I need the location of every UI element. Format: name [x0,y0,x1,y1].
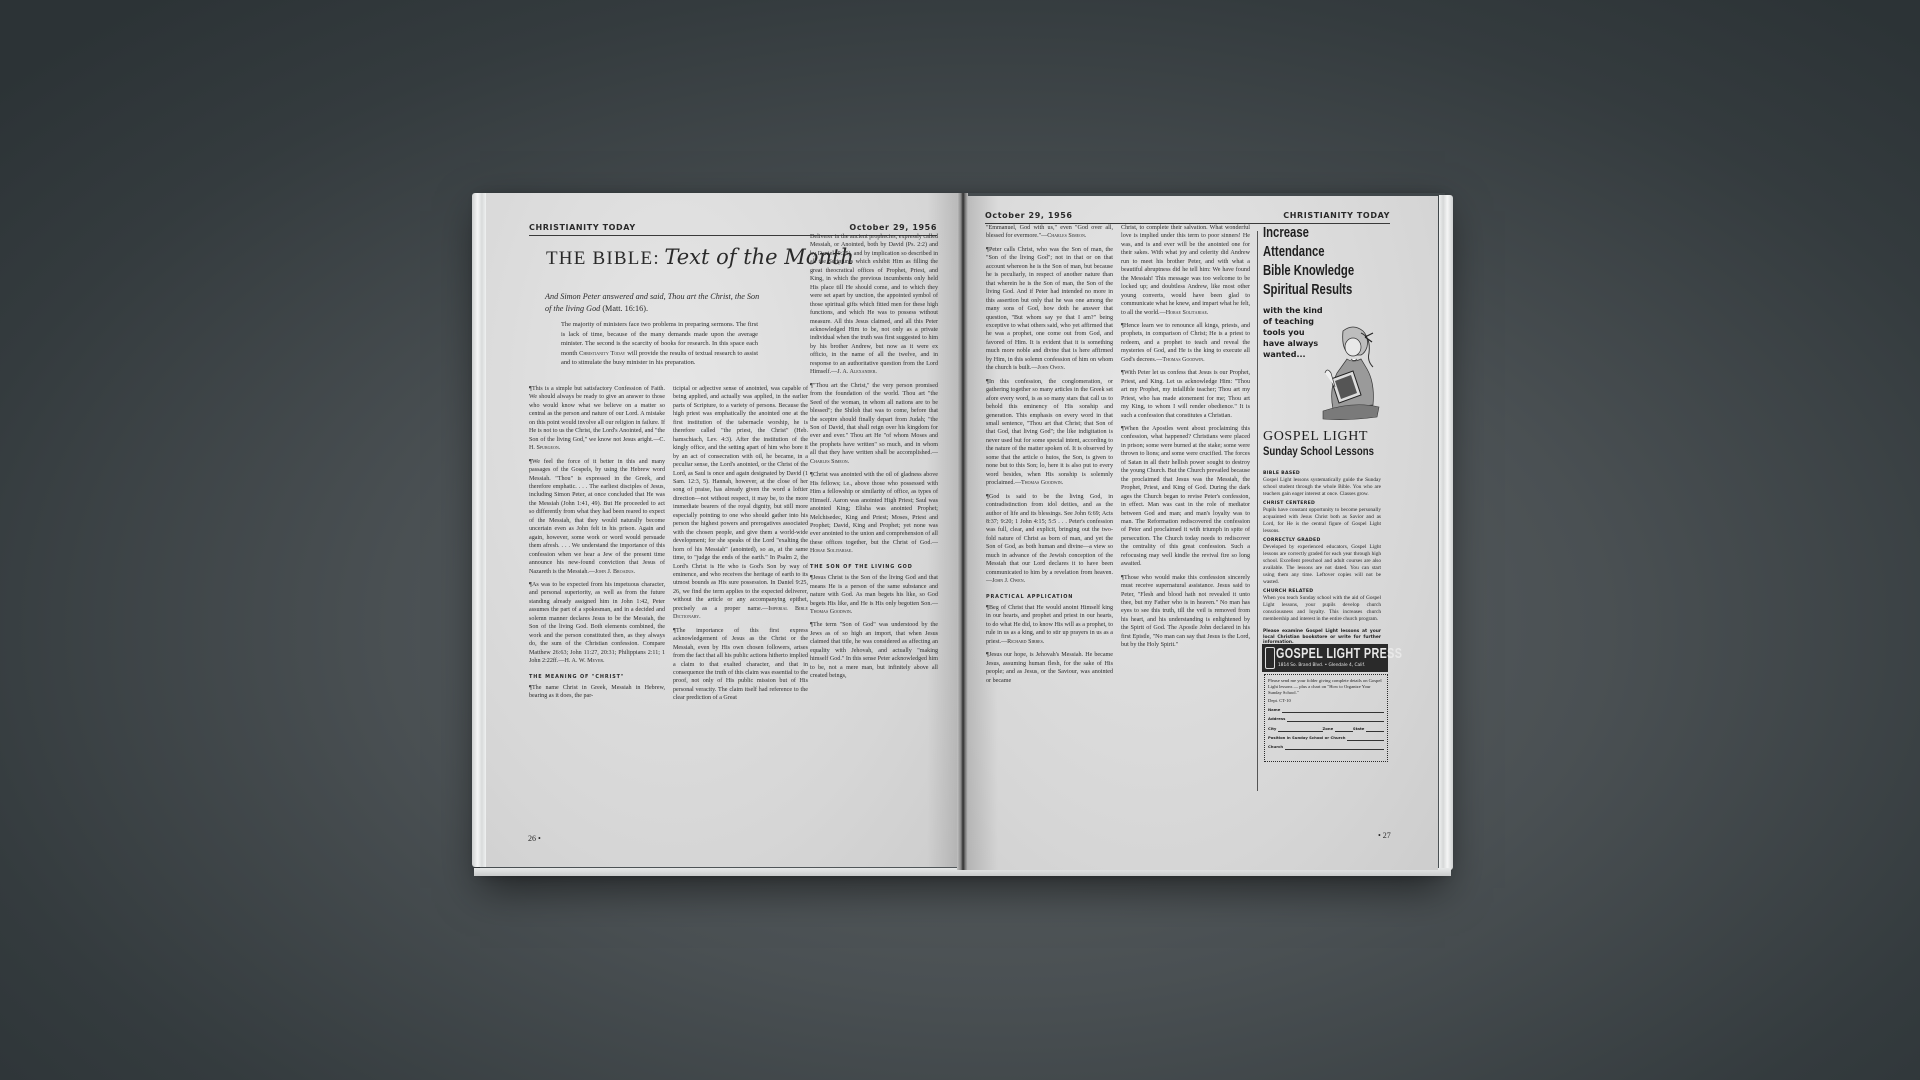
paragraph: ¶This is a simple but satisfactory Confe… [529,385,665,453]
coupon-field-position: Position in Sunday School or Church [1268,735,1384,741]
attribution: —Horae Solitariae. [1160,310,1209,316]
paragraph-text: Jesus Christ is the Son of the living Go… [810,575,938,606]
ad-section-text: Pupils have constant opportunity to beco… [1263,507,1381,535]
paragraph-text: Those who would make this confession sin… [1121,575,1250,649]
intro-magazine-name: Christianity Today [579,350,625,357]
page-stack-edge-right [1439,195,1453,870]
paragraph: ¶Peter calls Christ, who was the Son of … [986,246,1113,373]
lamp-logo-icon [1265,647,1275,669]
left-page: CHRISTIANITY TODAY October 29, 1956 THE … [486,193,957,867]
epigraph: And Simon Peter answered and said, Thou … [545,291,760,315]
paragraph-text: We feel the force of it better in this a… [529,459,665,575]
epigraph-text: And Simon Peter answered and said, Thou … [545,292,759,313]
paragraph: ¶Christ was anointed with the oil of gla… [810,471,938,556]
paragraph: ¶We feel the force of it better in this … [529,458,665,576]
mail-in-coupon: Please send me your folder giving comple… [1264,674,1388,762]
paragraph: Christ, to complete their salvation. Wha… [1121,224,1250,317]
ad-section-text: Gospel Light lessons systematically guid… [1263,477,1381,498]
paragraph-text: Peter calls Christ, who was the Son of m… [986,247,1113,371]
paragraph: ¶The name Christ in Greek, Messiah in He… [529,684,665,701]
ad-headline: Increase Attendance Bible Knowledge Spir… [1263,224,1396,300]
attribution: —Thomas Goodwin. [1156,357,1204,363]
paragraph-text: This is a simple but satisfactory Confes… [529,386,665,443]
coupon-text: Please send me your folder giving comple… [1268,678,1384,696]
paragraph: ¶Those who would make this confession si… [1121,574,1250,650]
gospel-light-advertisement: Increase Attendance Bible Knowledge Spir… [1263,224,1393,824]
epigraph-reference: (Matt. 16:16). [602,304,648,313]
ad-headline-line: Increase [1263,224,1396,243]
ad-section-text: When you teach Sunday school with the ai… [1263,595,1381,623]
paragraph-text: When the Apostles went about proclaiming… [1121,426,1250,567]
coupon-field-address: Address [1268,716,1384,722]
paragraph: ¶When the Apostles went about proclaimin… [1121,425,1250,569]
section-heading-practical: PRACTICAL APPLICATION [986,593,1113,601]
attribution: —J. A. Alexander. [831,369,877,375]
paragraph: ¶In this confession, the conglomeration,… [986,378,1113,488]
ad-body: BIBLE BASED Gospel Light lessons systema… [1263,468,1381,646]
spine-gutter [957,193,968,870]
page-stack-edge-left [472,193,486,867]
paragraph: ¶Jesus Christ is the Son of the living G… [810,574,938,616]
paragraph-text: Christ, to complete their salvation. Wha… [1121,225,1250,316]
coupon-dept: Dept. CT-10 [1268,698,1384,704]
ad-headline-line: Attendance [1263,243,1396,262]
paragraph: ¶The importance of this first express ac… [673,627,808,703]
paragraph-text: Deliverer in the ancient prophecies, exp… [810,234,938,375]
ad-headline-line: Bible Knowledge [1263,262,1396,281]
paragraph: ¶God is said to be the living God, in co… [986,493,1113,586]
paragraph: ¶"Thou art the Christ," the very person … [810,382,938,467]
attribution: —John Owen. [1031,365,1065,371]
ad-brand: GOSPEL LIGHT Sunday School Lessons [1263,429,1393,458]
paragraph: ¶As was to be expected from his impetuou… [529,581,665,666]
paragraph-text: ticipial or adjective sense of anointed,… [673,386,808,612]
ad-section-heading: BIBLE BASED [1263,470,1381,477]
paragraph-text: Christ was anointed with the oil of glad… [810,472,938,546]
attribution: —Thomas Goodwin. [1015,480,1063,486]
magazine-spread: CHRISTIANITY TODAY October 29, 1956 THE … [480,193,1445,870]
press-address: 1814 So. Brand Blvd. • Glendale 4, Calif… [1278,663,1365,668]
brand-name: GOSPEL LIGHT [1263,429,1393,445]
page-number: • 27 [1378,831,1391,840]
paragraph-text: "Thou art the Christ," the very person p… [810,383,938,457]
page-number: 26 • [528,834,541,843]
ad-section-heading: CHRIST CENTERED [1263,500,1381,507]
section-heading-meaning: THE MEANING OF "CHRIST" [529,673,665,681]
attribution: —John J. Broadus. [589,569,635,575]
running-head: October 29, 1956 CHRISTIANITY TODAY [985,208,1390,224]
magazine-name: CHRISTIANITY TODAY [529,223,636,232]
paragraph-text: Jesus our hope, is Jehovah's Messiah. He… [986,652,1113,683]
paragraph-text: As was to be expected from his impetuous… [529,582,665,664]
paragraph-text: With Peter let us confess that Jesus is … [1121,370,1250,418]
coupon-field-name: Name [1268,707,1384,713]
paragraph: ticipial or adjective sense of anointed,… [673,385,808,622]
paragraph: ¶Hence learn we to renounce all kings, p… [1121,322,1250,364]
gospel-light-press-banner: GOSPEL LIGHT PRESS 1814 So. Brand Blvd. … [1262,644,1388,672]
right-column-1: "Emmanuel, God with us," even "God over … [986,224,1113,690]
right-column-2: Christ, to complete their salvation. Wha… [1121,224,1250,655]
paragraph-text: In this confession, the conglomeration, … [986,379,1113,486]
coupon-field-city: CityZoneState [1268,726,1384,732]
paragraph: ¶Jesus our hope, is Jehovah's Messiah. H… [986,651,1113,685]
coupon-field-church: Church [1268,744,1384,750]
right-page: October 29, 1956 CHRISTIANITY TODAY "Emm… [968,196,1438,870]
attribution: —John J. Owen. [986,578,1025,584]
left-column-2: ticipial or adjective sense of anointed,… [673,385,808,708]
paragraph-text: The term "Son of God" was understood by … [810,622,938,679]
ad-section-heading: CORRECTLY GRADED [1263,537,1381,544]
section-heading-son: THE SON OF THE LIVING GOD [810,563,938,571]
attribution: —Richard Sibbes. [1001,639,1044,645]
ad-section-heading: CHURCH RELATED [1263,588,1381,595]
ad-section-text: Developed by experienced educators, Gosp… [1263,544,1381,586]
left-column-3: Deliverer in the ancient prophecies, exp… [810,233,938,686]
title-caps: THE BIBLE: [546,248,660,269]
paragraph-text: The importance of this first express ack… [673,628,808,702]
article-title: THE BIBLE: Text of the Month [546,245,854,270]
girl-reading-book-illustration [1313,323,1385,423]
attribution: —H. A. W. Meyer. [558,658,604,664]
brand-subtitle: Sunday School Lessons [1263,444,1367,458]
magazine-name: CHRISTIANITY TODAY [1283,211,1390,220]
left-column-1: ¶This is a simple but satisfactory Confe… [529,385,665,706]
intro-paragraph: The majority of ministers face two probl… [561,320,758,368]
issue-date: October 29, 1956 [985,211,1073,220]
paragraph: ¶Beg of Christ that He would anoint Hims… [986,604,1113,646]
paragraph: ¶The term "Son of God" was understood by… [810,621,938,680]
attribution: —Charles Simeon. [1041,233,1086,239]
paragraph: "Emmanuel, God with us," even "God over … [986,224,1113,241]
issue-date: October 29, 1956 [849,223,937,232]
paragraph: ¶With Peter let us confess that Jesus is… [1121,369,1250,420]
ad-headline-line: Spiritual Results [1263,281,1396,300]
column-rule [1257,231,1258,791]
paragraph-text: God is said to be the living God, in con… [986,494,1113,576]
paragraph: Deliverer in the ancient prophecies, exp… [810,233,938,377]
press-name: GOSPEL LIGHT PRESS [1276,645,1402,662]
